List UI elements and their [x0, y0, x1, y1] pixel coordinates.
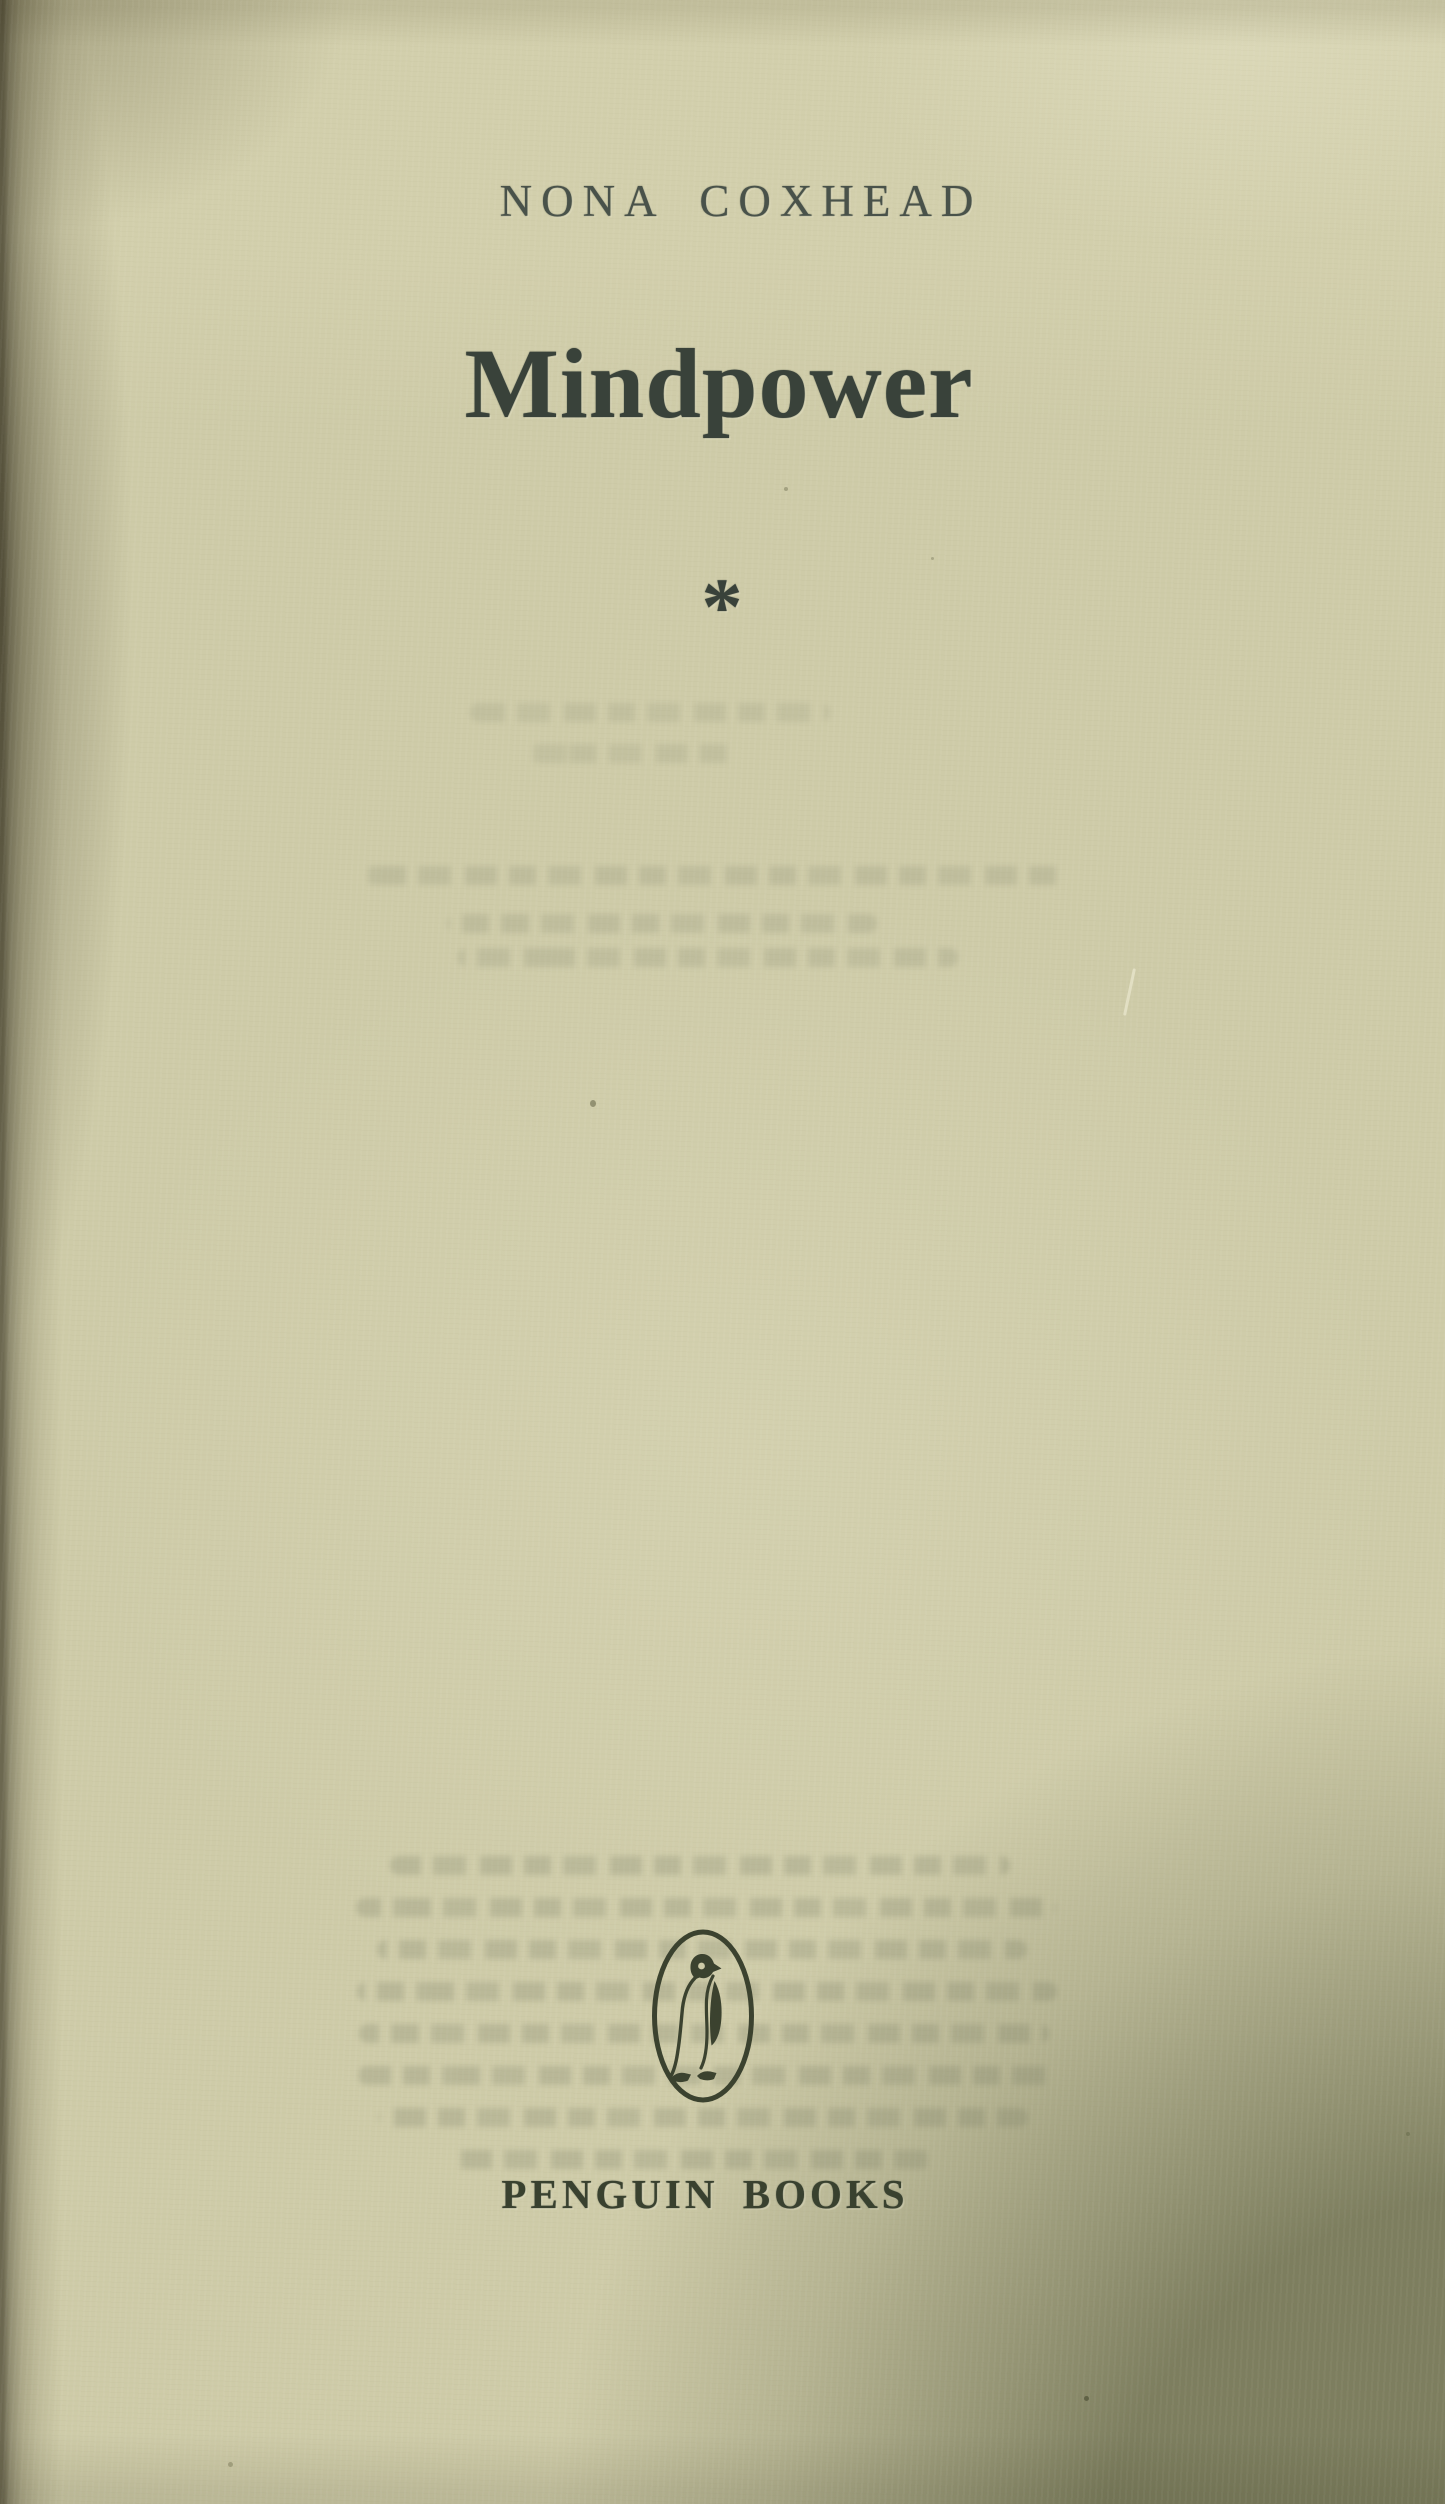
ghost-text-line — [447, 914, 877, 933]
publisher-name: PENGUIN BOOKS — [501, 2170, 908, 2218]
book-title: Mindpower — [465, 326, 974, 441]
ghost-text-line — [356, 1898, 1056, 1917]
ghost-text-line — [365, 866, 1065, 885]
paper-speck — [590, 1100, 596, 1107]
separator-asterisk: * — [702, 566, 743, 648]
penguin-icon — [655, 1932, 752, 2100]
paper-speck — [931, 557, 934, 560]
paper-speck — [228, 2462, 233, 2467]
paper-speck — [1406, 2132, 1410, 2136]
ghost-text-line — [378, 2108, 1028, 2127]
ghost-text-line — [390, 1856, 1010, 1875]
ghost-text-line — [458, 948, 958, 967]
penguin-logo — [650, 1928, 756, 2104]
paper-speck — [1084, 2396, 1089, 2401]
author-name: NONA COXHEAD — [500, 175, 983, 227]
ghost-text-line — [450, 2150, 930, 2169]
paper-speck — [784, 487, 788, 491]
book-title-page-photo: NONA COXHEAD Mindpower * PENGUIN BOOKS — [0, 0, 1445, 2504]
paper-fiber-scratch — [1123, 968, 1136, 1016]
ghost-text-line — [530, 744, 735, 763]
ghost-text-line — [470, 703, 830, 722]
